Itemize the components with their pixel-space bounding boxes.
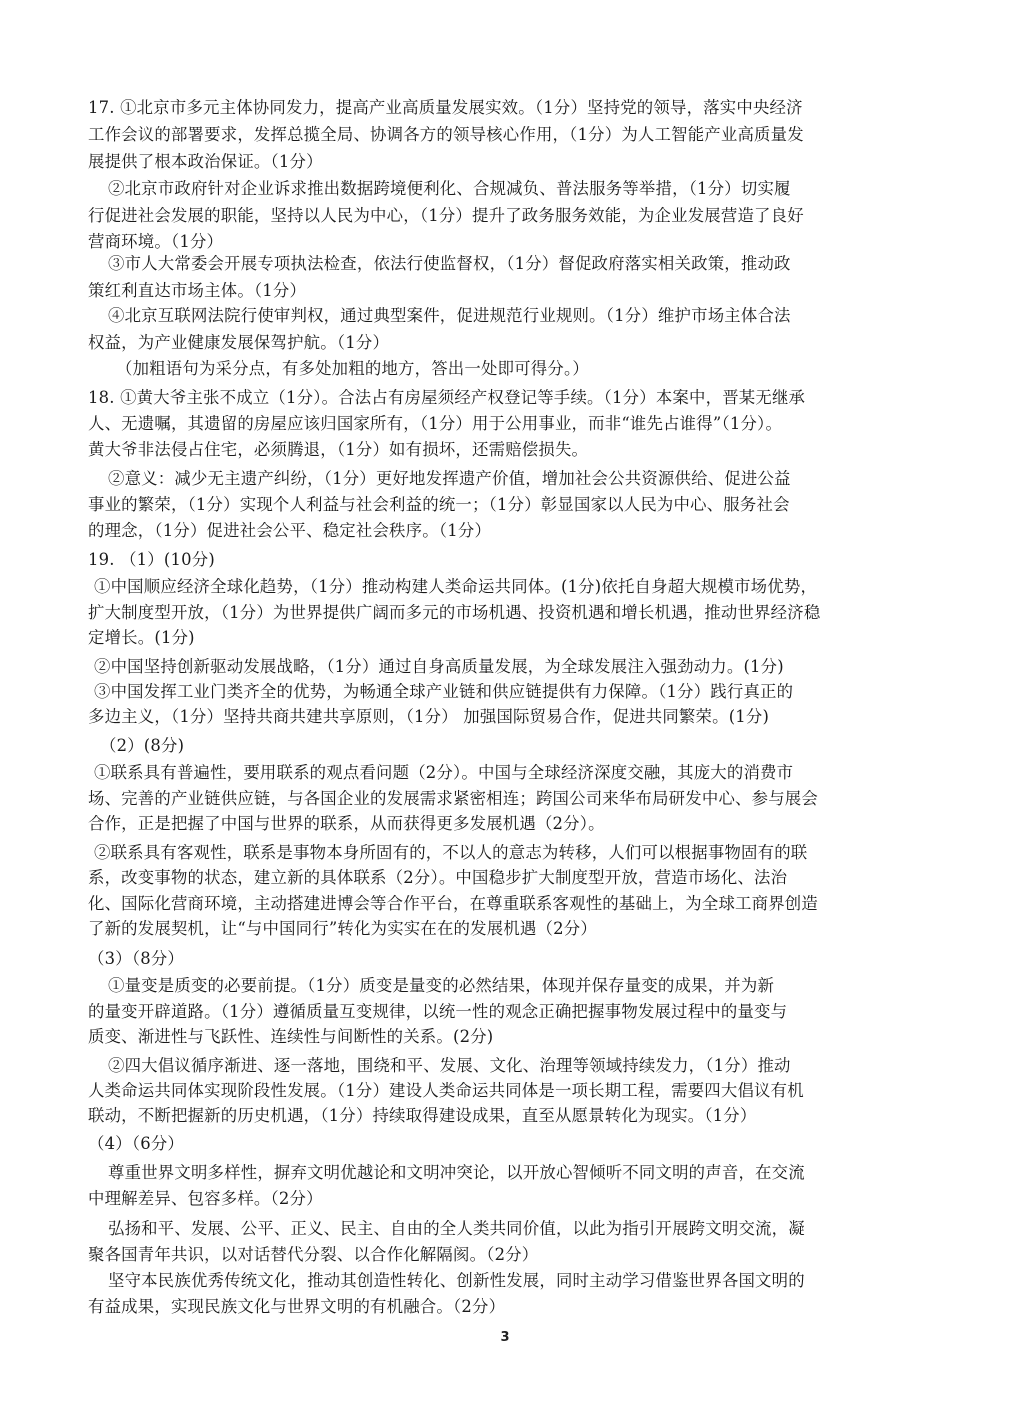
text-line: ①中国顺应经济全球化趋势，（1分）推动构建人类命运共同体。(1分)依托自身超大规… <box>94 576 918 598</box>
text-line: （加粗语句为采分点，有多处加粗的地方，答出一处即可得分。） <box>116 358 918 380</box>
page-number: 3 <box>0 1330 1010 1345</box>
text-line: 合作，正是把握了中国与世界的联系，从而获得更多发展机遇（2分）。 <box>88 813 918 835</box>
text-line: ②中国坚持创新驱动发展战略，（1分）通过自身高质量发展，为全球发展注入强劲动力。… <box>94 656 918 678</box>
text-line: 弘扬和平、发展、公平、正义、民主、自由的全人类共同价值，以此为指引开展跨文明交流… <box>108 1218 918 1240</box>
text-line: 有益成果，实现民族文化与世界文明的有机融合。（2分） <box>88 1296 918 1318</box>
text-line: 策红利直达市场主体。（1分） <box>88 280 918 302</box>
text-line: 定增长。(1分) <box>88 627 918 649</box>
text-line: 尊重世界文明多样性，摒弃文明优越论和文明冲突论，以开放心智倾听不同文明的声音，在… <box>108 1162 918 1184</box>
text-line: 坚守本民族优秀传统文化，推动其创造性转化、创新性发展，同时主动学习借鉴世界各国文… <box>108 1270 918 1292</box>
text-line: ②意义：减少无主遗产纠纷，（1分）更好地发挥遗产价值，增加社会公共资源供给、促进… <box>108 468 918 490</box>
text-line: 19. （1）(10分) <box>88 549 918 571</box>
text-line: 18. ①黄大爷主张不成立（1分）。合法占有房屋须经产权登记等手续。（1分）本案… <box>88 387 918 409</box>
text-line: 质变、渐进性与飞跃性、连续性与间断性的关系。(2分) <box>88 1026 918 1048</box>
text-line: 化、国际化营商环境，主动搭建进博会等合作平台，在尊重联系客观性的基础上，为全球工… <box>88 893 918 915</box>
text-line: 人类命运共同体实现阶段性发展。（1分）建设人类命运共同体是一项长期工程，需要四大… <box>88 1080 918 1102</box>
text-line: ①量变是质变的必要前提。（1分）质变是量变的必然结果，体现并保存量变的成果，并为… <box>108 975 918 997</box>
text-line: （3）（8分） <box>88 948 918 970</box>
text-line: 行促进社会发展的职能，坚持以人民为中心，（1分）提升了政务服务效能，为企业发展营… <box>88 205 918 227</box>
text-line: ③市人大常委会开展专项执法检查，依法行使监督权，（1分）督促政府落实相关政策，推… <box>108 253 918 275</box>
text-line: ②北京市政府针对企业诉求推出数据跨境便利化、合规减负、普法服务等举措，（1分）切… <box>108 178 918 200</box>
text-line: 的理念，（1分）促进社会公平、稳定社会秩序。（1分） <box>88 520 918 542</box>
text-line: 聚各国青年共识，以对话替代分裂、以合作化解隔阂。（2分） <box>88 1244 918 1266</box>
text-line: 营商环境。（1分） <box>88 231 918 253</box>
text-line: 工作会议的部署要求，发挥总揽全局、协调各方的领导核心作用，（1分）为人工智能产业… <box>88 124 918 146</box>
text-line: 中理解差异、包容多样。（2分） <box>88 1188 918 1210</box>
text-line: （2）(8分) <box>100 735 918 757</box>
text-line: ③中国发挥工业门类齐全的优势，为畅通全球产业链和供应链提供有力保障。（1分）践行… <box>94 681 918 703</box>
text-line: 多边主义，（1分）坚持共商共建共享原则，（1分） 加强国际贸易合作，促进共同繁荣… <box>88 706 918 728</box>
text-line: （4）（6分） <box>88 1133 918 1155</box>
text-line: 人、无遗嘱，其遗留的房屋应该归国家所有，（1分）用于公用事业，而非“谁先占谁得”… <box>88 413 918 435</box>
text-line: 场、完善的产业链供应链，与各国企业的发展需求紧密相连；跨国公司来华布局研发中心、… <box>88 788 918 810</box>
text-line: 了新的发展契机，让“与中国同行”转化为实实在在的发展机遇（2分） <box>88 918 918 940</box>
text-line: ④北京互联网法院行使审判权，通过典型案件，促进规范行业规则。（1分）维护市场主体… <box>108 305 918 327</box>
text-line: 展提供了根本政治保证。（1分） <box>88 151 918 173</box>
text-line: ②联系具有客观性，联系是事物本身所固有的，不以人的意志为转移，人们可以根据事物固… <box>94 842 918 864</box>
text-line: 扩大制度型开放，（1分）为世界提供广阔而多元的市场机遇、投资机遇和增长机遇，推动… <box>88 602 918 624</box>
text-line: 联动，不断把握新的历史机遇，（1分）持续取得建设成果，直至从愿景转化为现实。（1… <box>88 1105 918 1127</box>
answer-key-page: 17. ①北京市多元主体协同发力，提高产业高质量发展实效。（1分）坚持党的领导，… <box>0 0 1010 1425</box>
text-line: 的量变开辟道路。（1分）遵循质量互变规律，以统一性的观念正确把握事物发展过程中的… <box>88 1001 918 1023</box>
text-line: 系，改变事物的状态，建立新的具体联系（2分）。中国稳步扩大制度型开放，营造市场化… <box>88 867 918 889</box>
text-line: ①联系具有普遍性，要用联系的观点看问题（2分）。中国与全球经济深度交融，其庞大的… <box>94 762 918 784</box>
text-line: 事业的繁荣，（1分）实现个人利益与社会利益的统一；（1分）彰显国家以人民为中心、… <box>88 494 918 516</box>
text-line: 权益，为产业健康发展保驾护航。（1分） <box>88 332 918 354</box>
text-line: ②四大倡议循序渐进、逐一落地，围绕和平、发展、文化、治理等领域持续发力，（1分）… <box>108 1055 918 1077</box>
text-line: 黄大爷非法侵占住宅，必须腾退，（1分）如有损坏，还需赔偿损失。 <box>88 439 918 461</box>
text-line: 17. ①北京市多元主体协同发力，提高产业高质量发展实效。（1分）坚持党的领导，… <box>88 97 918 119</box>
